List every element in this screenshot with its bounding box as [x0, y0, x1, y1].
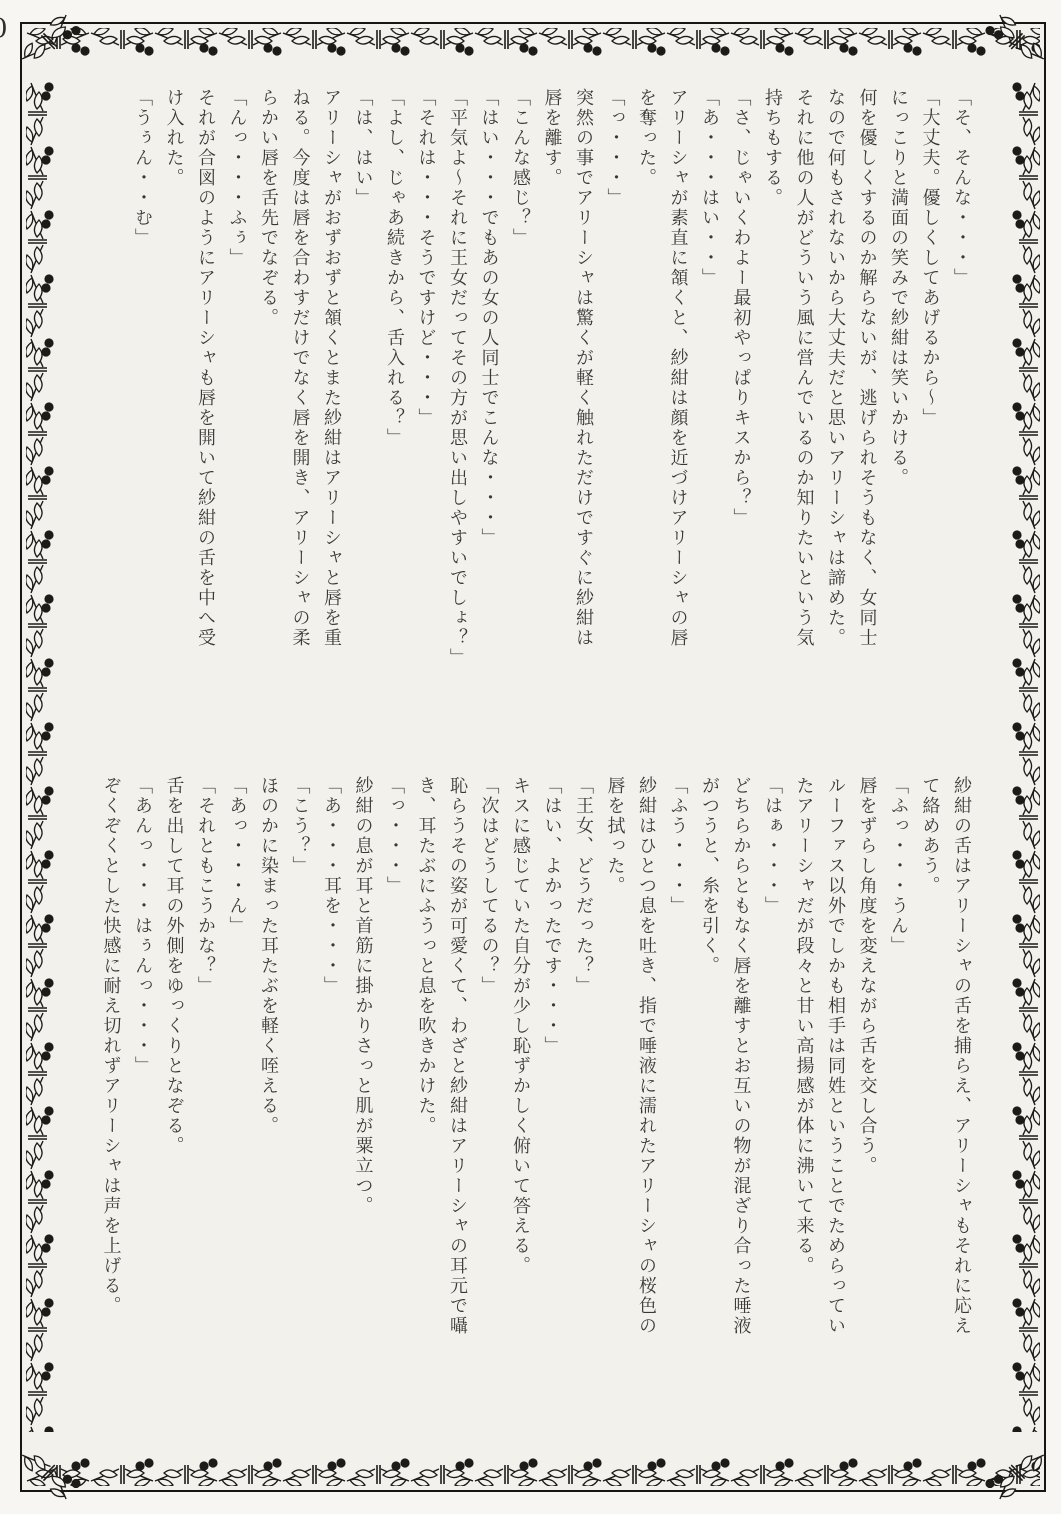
text-column: アリーシャが素直に頷くと、紗紺は顔を近づけアリーシャの唇 [662, 88, 694, 668]
text-column: 「それともこうかな？」 [190, 776, 222, 1336]
text-column: き、耳たぶにふうっと息を吹きかけた。 [410, 776, 442, 1336]
text-column: 唇を離す。 [536, 88, 568, 668]
text-column: 「んっ・・・ふぅ」 [221, 88, 253, 668]
text-column: 「はぁ・・・」 [757, 776, 789, 1336]
text-column: 「は、はい」 [347, 88, 379, 668]
text-column: 紗紺の舌はアリーシャの舌を捕らえ、アリーシャもそれに応え [946, 776, 978, 1336]
scanned-page: 0 [0, 0, 1061, 1514]
text-column: 「王女、どうだった？」 [568, 776, 600, 1336]
text-column: 紗紺はひとつ息を吐き、指で唾液に濡れたアリーシャの桜色の [631, 776, 663, 1336]
text-column: にっこりと満面の笑みで紗紺は笑いかける。 [883, 88, 915, 668]
text-column: 「うぅん・・む」 [127, 88, 159, 668]
text-column: 「っ・・・」 [379, 776, 411, 1336]
text-column: それに他の人がどういう風に営んでいるのか知りたいという気 [788, 88, 820, 668]
text-column: なので何もされないから大丈夫だと思いアリーシャは諦めた。 [820, 88, 852, 668]
border-bottom-strip [26, 1456, 1040, 1486]
paragraph-block-1: 「そ、そんな・・・」「大丈夫。優しくしてあげるから～」にっこりと満面の笑みで紗紺… [127, 88, 978, 668]
text-column: け入れた。 [158, 88, 190, 668]
text-column: 恥らうその姿が可愛くて、わざと紗紺はアリーシャの耳元で囁 [442, 776, 474, 1336]
border-right-strip [1010, 82, 1040, 1432]
text-column: 「あっ・・・ん」 [221, 776, 253, 1336]
text-column: 「次はどうしてるの？」 [473, 776, 505, 1336]
text-column: ルーファス以外でしかも相手は同姓ということでためらってい [820, 776, 852, 1336]
text-column: 舌を出して耳の外側をゆっくりとなぞる。 [158, 776, 190, 1336]
text-column: ねる。今度は唇を合わすだけでなく唇を開き、アリーシャの柔 [284, 88, 316, 668]
text-column: 「それは・・・そうですけど・・・」 [410, 88, 442, 668]
border-top-strip [26, 28, 1040, 58]
text-column: 何を優しくするのか解らないが、逃げられそうもなく、女同士 [851, 88, 883, 668]
border-corner-topleft [24, 26, 94, 96]
text-column: がつうと、糸を引く。 [694, 776, 726, 1336]
text-column: どちらからともなく唇を離すとお互いの物が混ざり合った唾液 [725, 776, 757, 1336]
border-left-strip [26, 82, 56, 1432]
text-column: 「あ・・・はい・・」 [694, 88, 726, 668]
border-corner-bottomleft [24, 1418, 94, 1488]
text-column: それが合図のようにアリーシャも唇を開いて紗紺の舌を中へ受 [190, 88, 222, 668]
page-number: 0 [0, 14, 8, 44]
text-column: たアリーシャだが段々と甘い高揚感が体に沸いて来る。 [788, 776, 820, 1336]
text-column: ほのかに染まった耳たぶを軽く咥える。 [253, 776, 285, 1336]
text-column: 「ふう・・・」 [662, 776, 694, 1336]
paragraph-block-2: 紗紺の舌はアリーシャの舌を捕らえ、アリーシャもそれに応えて絡めあう。「ふっ・・・… [95, 776, 977, 1336]
text-column: 「そ、そんな・・・」 [946, 88, 978, 668]
text-column: 唇をずらし角度を変えながら舌を交し合う。 [851, 776, 883, 1336]
text-column: 「あ・・・耳を・・・」 [316, 776, 348, 1336]
text-column: 「こんな感じ？」 [505, 88, 537, 668]
text-column: 「よし、じゃあ続きから、舌入れる？」 [379, 88, 411, 668]
text-column: て絡めあう。 [914, 776, 946, 1336]
text-column: 「はい・・・でもあの女の人同士でこんな・・・」 [473, 88, 505, 668]
text-column: 持ちもする。 [757, 88, 789, 668]
text-column: 「さ、じゃいくわよー最初やっぱりキスから？」 [725, 88, 757, 668]
border-corner-bottomright [972, 1418, 1042, 1488]
text-column: キスに感じていた自分が少し恥ずかしく俯いて答える。 [505, 776, 537, 1336]
text-column: 「ふっ・・・うん」 [883, 776, 915, 1336]
text-column: 唇を拭った。 [599, 776, 631, 1336]
text-column: ぞくぞくとした快感に耐え切れずアリーシャは声を上げる。 [95, 776, 127, 1336]
text-column: 「っ・・・」 [599, 88, 631, 668]
text-column: 「あんっ・・・はぅんっ・・・」 [127, 776, 159, 1336]
text-column: 「こう？」 [284, 776, 316, 1336]
text-column: アリーシャがおずおずと頷くとまた紗紺はアリーシャと唇を重 [316, 88, 348, 668]
text-column: を奪った。 [631, 88, 663, 668]
text-column: 「大丈夫。優しくしてあげるから～」 [914, 88, 946, 668]
border-corner-topright [972, 26, 1042, 96]
text-column: らかい唇を舌先でなぞる。 [253, 88, 285, 668]
text-column: 紗紺の息が耳と首筋に掛かりさっと肌が粟立つ。 [347, 776, 379, 1336]
text-column: 突然の事でアリーシャは驚くが軽く触れただけですぐに紗紺は [568, 88, 600, 668]
text-column: 「はい、よかったです・・・」 [536, 776, 568, 1336]
text-column: 「平気よ～それに王女だってその方が思い出しやすいでしょ？」 [442, 88, 474, 668]
